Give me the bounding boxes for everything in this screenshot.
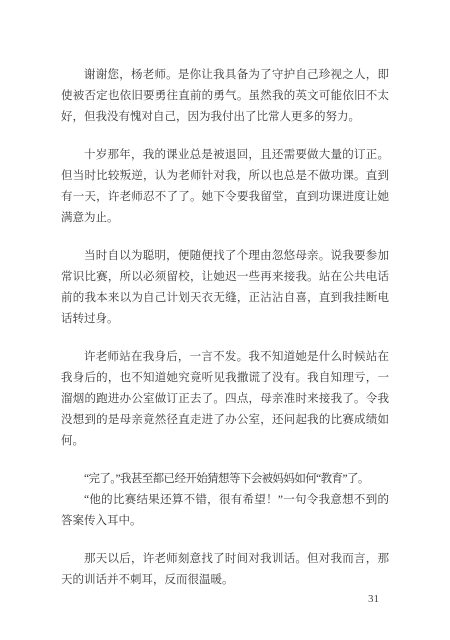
paragraph: 谢谢您，杨老师。是你让我具备为了守护自己珍视之人，即使被否定也依旧要勇往直前的勇… bbox=[61, 65, 389, 128]
document-page: 谢谢您，杨老师。是你让我具备为了守护自己珍视之人，即使被否定也依旧要勇往直前的勇… bbox=[0, 0, 450, 640]
paragraph: 许老师站在我身后，一言不发。我不知道她是什么时候站在我身后的，也不知道她究竟听见… bbox=[61, 347, 389, 452]
paragraph: 十岁那年，我的课业总是被退回，且还需要做大量的订正。但当时比较叛逆，认为老师针对… bbox=[61, 145, 389, 229]
text-content: 谢谢您，杨老师。是你让我具备为了守护自己珍视之人，即使被否定也依旧要勇往直前的勇… bbox=[61, 65, 389, 608]
paragraph: 那天以后，许老师刻意找了时间对我训话。但对我而言，那天的训话并不刺耳，反而很温暖… bbox=[61, 549, 389, 591]
page-number: 31 bbox=[368, 592, 379, 606]
paragraph: 当时自以为聪明，便随便找了个理由忽悠母亲。说我要参加常识比赛，所以必须留校，让她… bbox=[61, 246, 389, 330]
paragraph-dialogue: “他的比赛结果还算不错，很有希望！”一句令我意想不到的答案传入耳中。 bbox=[61, 490, 389, 532]
paragraph-dialogue: “完了。”我甚至都已经开始猜想等下会被妈妈如何“教育”了。 bbox=[61, 469, 389, 490]
